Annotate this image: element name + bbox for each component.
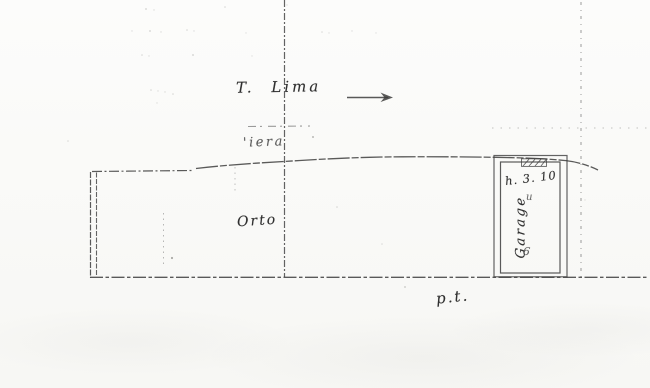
- garden-plot-boundary: [90, 171, 648, 278]
- river-label: T. Lima: [236, 79, 322, 95]
- right-arrow-icon: [347, 93, 393, 103]
- bank-label: 'iera: [243, 135, 285, 149]
- scanned-site-plan: T. Lima 'iera Orto h. 3. 10 u Garage 6 p…: [0, 0, 650, 388]
- garage-door-hatch: [522, 159, 547, 167]
- faint-dash-segment: [248, 126, 310, 127]
- ground-floor-label: p.t.: [435, 288, 470, 306]
- scan-noise-dots: [67, 4, 586, 288]
- plot-top-left-edge: [92, 171, 193, 172]
- garden-label: Orto: [237, 213, 278, 230]
- plan-linework: [0, 0, 650, 388]
